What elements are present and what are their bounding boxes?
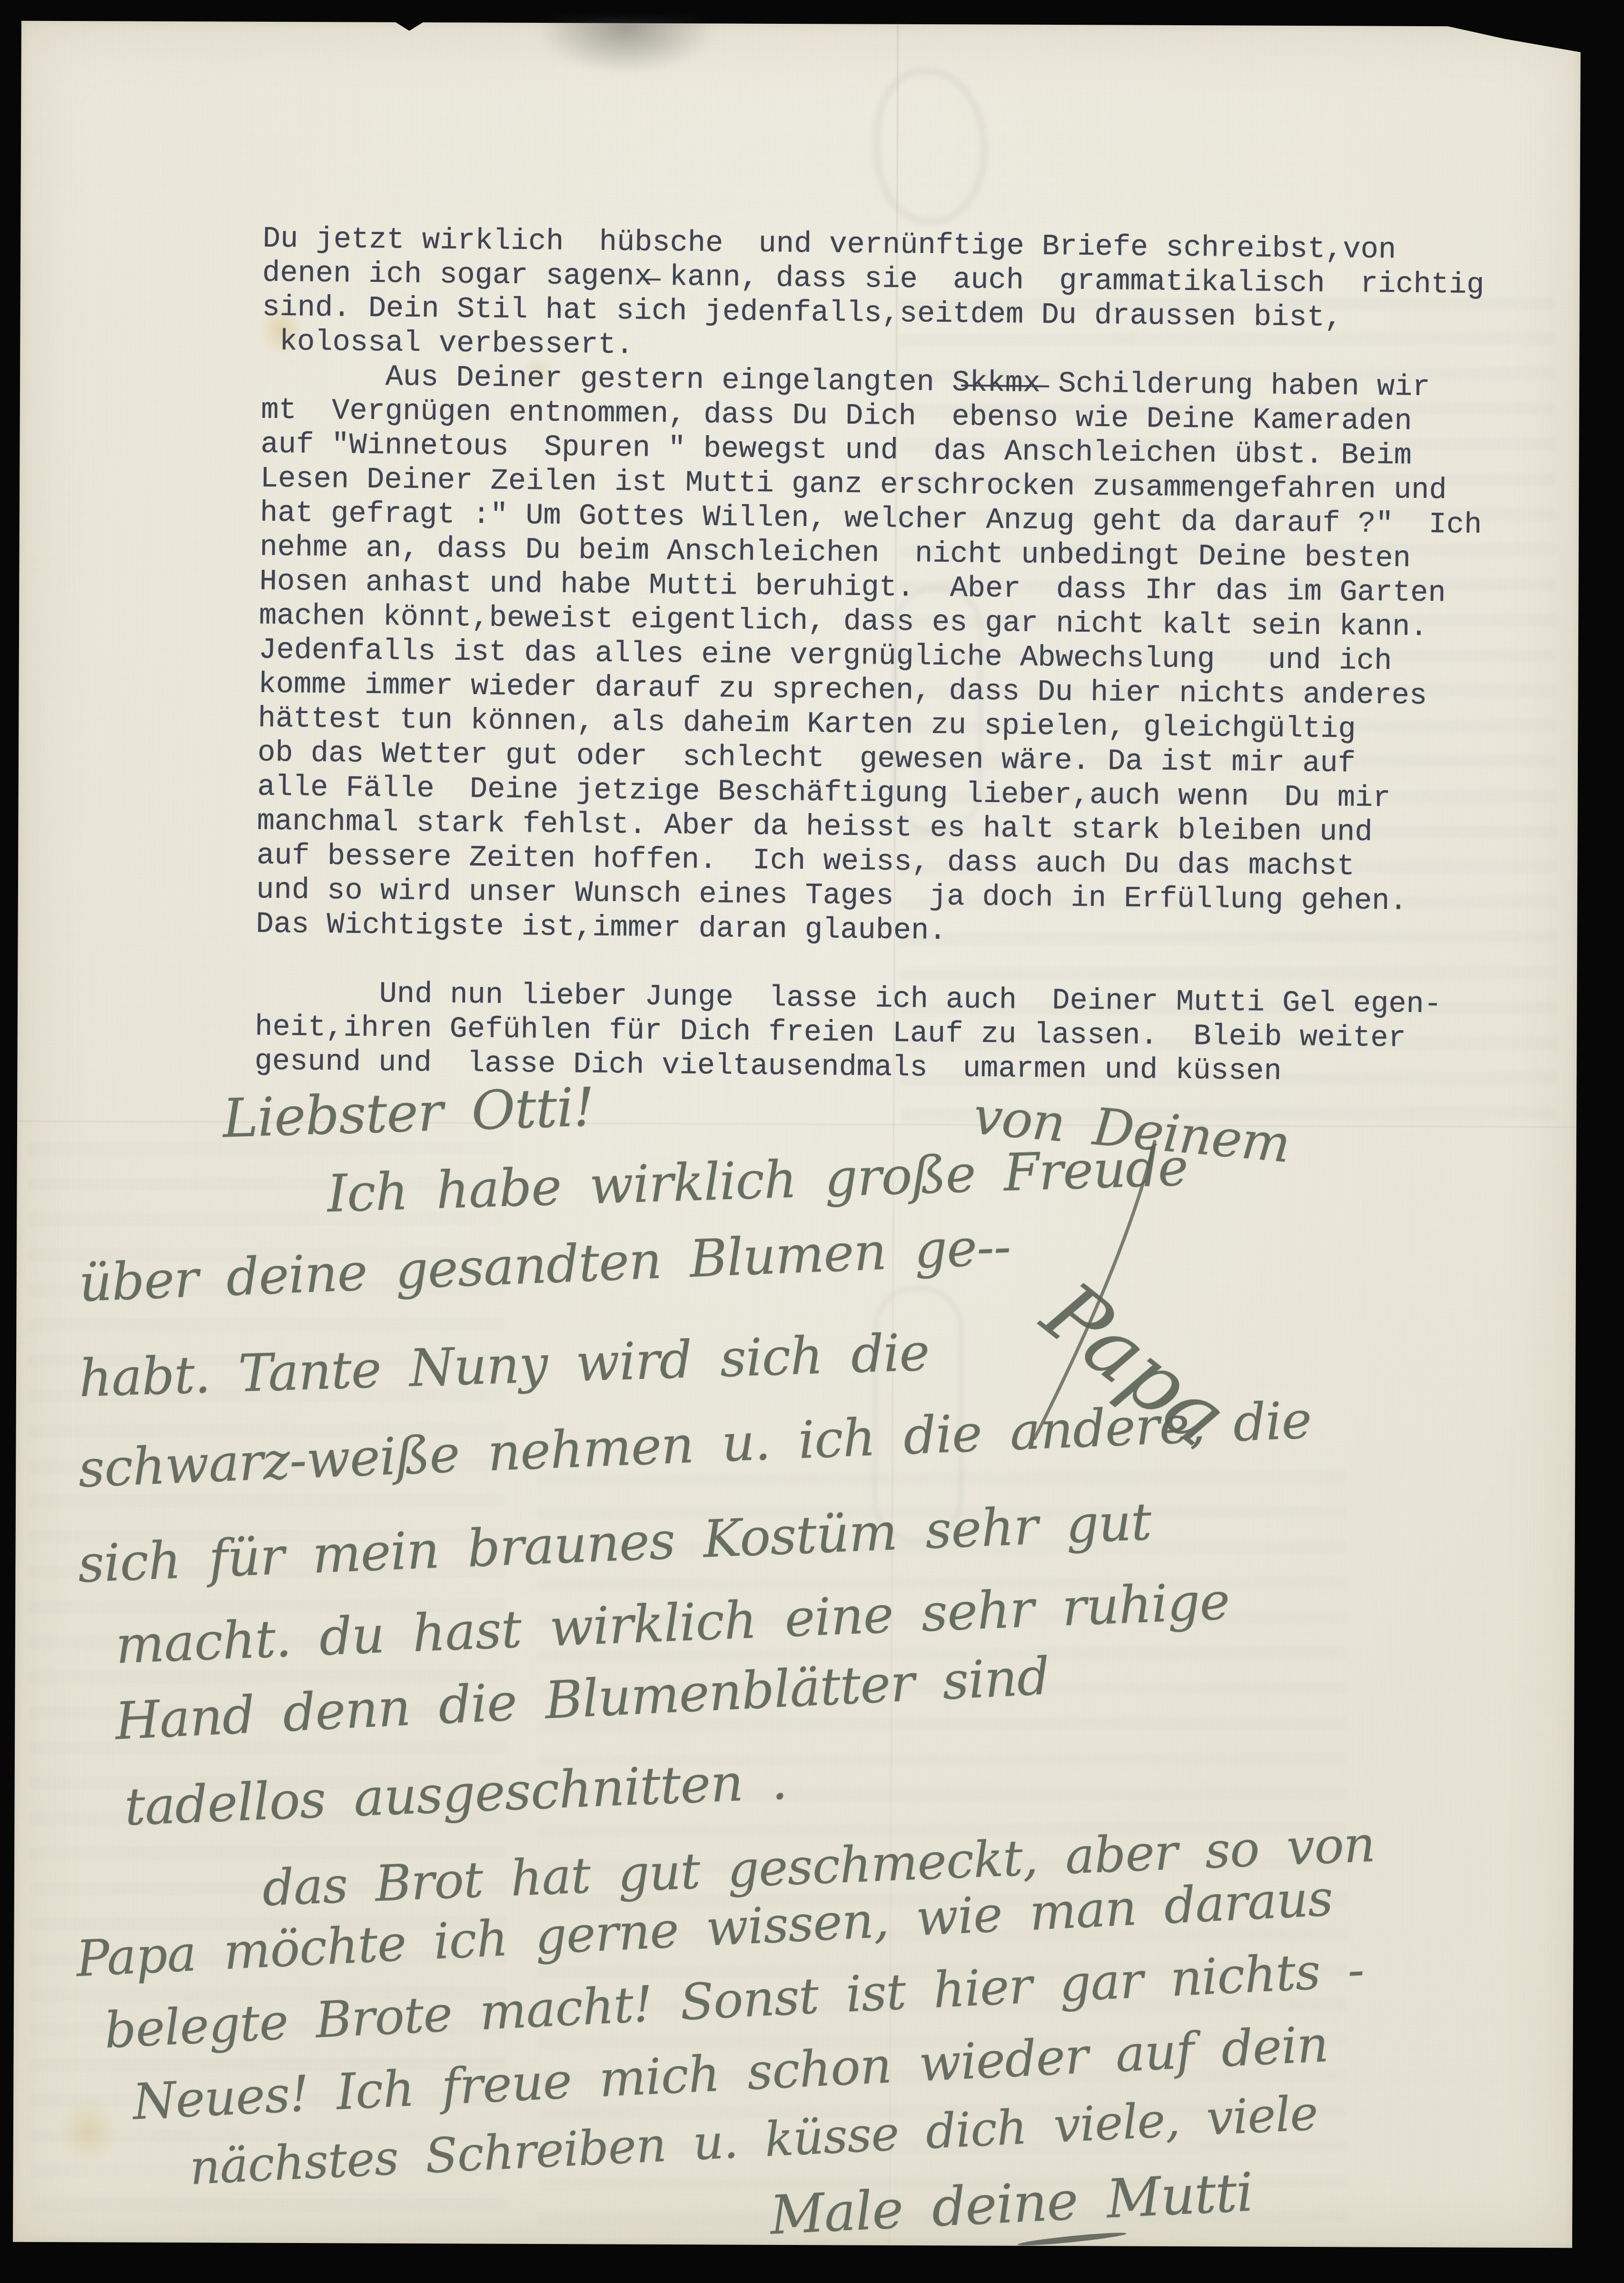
paper-stain xyxy=(59,2096,119,2165)
papa-signature-flourish xyxy=(991,1134,1193,1459)
letter-paper: Du jetzt wirklich hübsche und vernünftig… xyxy=(13,21,1581,2248)
handwritten-note-block: Liebster Otti! von Deinem Ich habe wirkl… xyxy=(21,21,1581,27)
handwritten-salutation: Liebster Otti! xyxy=(222,1076,595,1150)
torn-corner xyxy=(1439,24,1582,52)
scanned-letter-page: Du jetzt wirklich hübsche und vernünftig… xyxy=(0,0,1624,2283)
edge-smudge xyxy=(535,17,716,75)
typed-text-block: Du jetzt wirklich hübsche und vernünftig… xyxy=(254,222,1485,1091)
edge-notch xyxy=(393,20,426,31)
faint-watermark xyxy=(872,67,988,226)
